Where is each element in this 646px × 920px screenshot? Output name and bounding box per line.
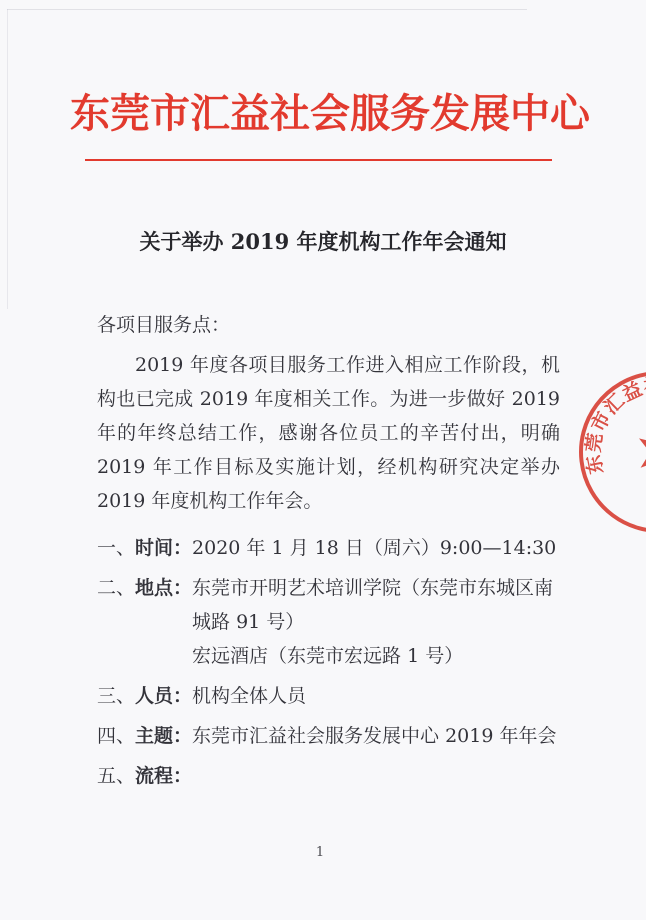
notice-item-attendees: 三、人员： 机构全体人员 <box>97 679 560 713</box>
salutation: 各项目服务点： <box>97 308 560 342</box>
seal-star-icon <box>632 422 646 478</box>
item-text: 机构全体人员 <box>192 679 560 713</box>
item-number: 三、 <box>97 685 135 707</box>
notice-item-agenda: 五、流程： <box>97 759 560 793</box>
item-text: 2020 年 1 月 18 日（周六）9:00—14:30 <box>192 531 560 565</box>
item-label: 主题： <box>135 725 192 747</box>
item-label: 流程： <box>135 765 192 787</box>
item-number: 五、 <box>97 765 135 787</box>
notice-body: 各项目服务点： 2019 年度各项目服务工作进入相应工作阶段，机构也已完成 20… <box>97 308 560 799</box>
page-number: 1 <box>0 845 640 860</box>
letterhead-org-name: 东莞市汇益社会服务发展中心 <box>14 82 646 139</box>
official-seal-stamp: 东莞市汇益社会服务发展中心 <box>560 352 646 552</box>
item-prefix: 五、流程： <box>97 759 192 793</box>
body-paragraph: 2019 年度各项目服务工作进入相应工作阶段，机构也已完成 2019 年度相关工… <box>97 348 560 518</box>
seal-graphic: 东莞市汇益社会服务发展中心 <box>560 352 646 552</box>
item-prefix: 四、主题： <box>97 719 192 753</box>
notice-item-theme: 四、主题： 东莞市汇益社会服务发展中心 2019 年年会 <box>97 719 560 753</box>
item-number: 一、 <box>97 537 135 559</box>
svg-text:东莞市汇益社会服务发展中心: 东莞市汇益社会服务发展中心 <box>573 356 646 514</box>
seal-text: 东莞市汇益社会服务发展中心 <box>573 356 646 514</box>
item-label: 人员： <box>135 685 192 707</box>
item-label: 地点： <box>135 577 192 599</box>
item-prefix: 三、人员： <box>97 679 192 713</box>
item-prefix: 二、地点： <box>97 571 192 605</box>
location-line-1: 东莞市开明艺术培训学院（东莞市东城区南城路 91 号） <box>192 571 560 639</box>
scan-edge-line <box>7 9 8 309</box>
item-prefix: 一、时间： <box>97 531 192 565</box>
notice-item-location: 二、地点： 东莞市开明艺术培训学院（东莞市东城区南城路 91 号） 宏远酒店（东… <box>97 571 560 673</box>
notice-title: 关于举办 2019 年度机构工作年会通知 <box>0 226 646 256</box>
location-line-2: 宏远酒店（东莞市宏远路 1 号） <box>192 639 560 673</box>
seal-ring <box>563 355 646 549</box>
scanned-notice-page: 东莞市汇益社会服务发展中心 关于举办 2019 年度机构工作年会通知 各项目服务… <box>0 0 646 920</box>
notice-item-list: 一、时间： 2020 年 1 月 18 日（周六）9:00—14:30 二、地点… <box>97 531 560 793</box>
scan-edge-line <box>7 9 527 10</box>
item-text: 东莞市汇益社会服务发展中心 2019 年年会 <box>192 719 560 753</box>
item-text: 东莞市开明艺术培训学院（东莞市东城区南城路 91 号） 宏远酒店（东莞市宏远路 … <box>192 571 560 673</box>
item-number: 四、 <box>97 725 135 747</box>
letterhead-rule <box>85 159 552 161</box>
item-label: 时间： <box>135 537 192 559</box>
notice-item-time: 一、时间： 2020 年 1 月 18 日（周六）9:00—14:30 <box>97 531 560 565</box>
item-number: 二、 <box>97 577 135 599</box>
